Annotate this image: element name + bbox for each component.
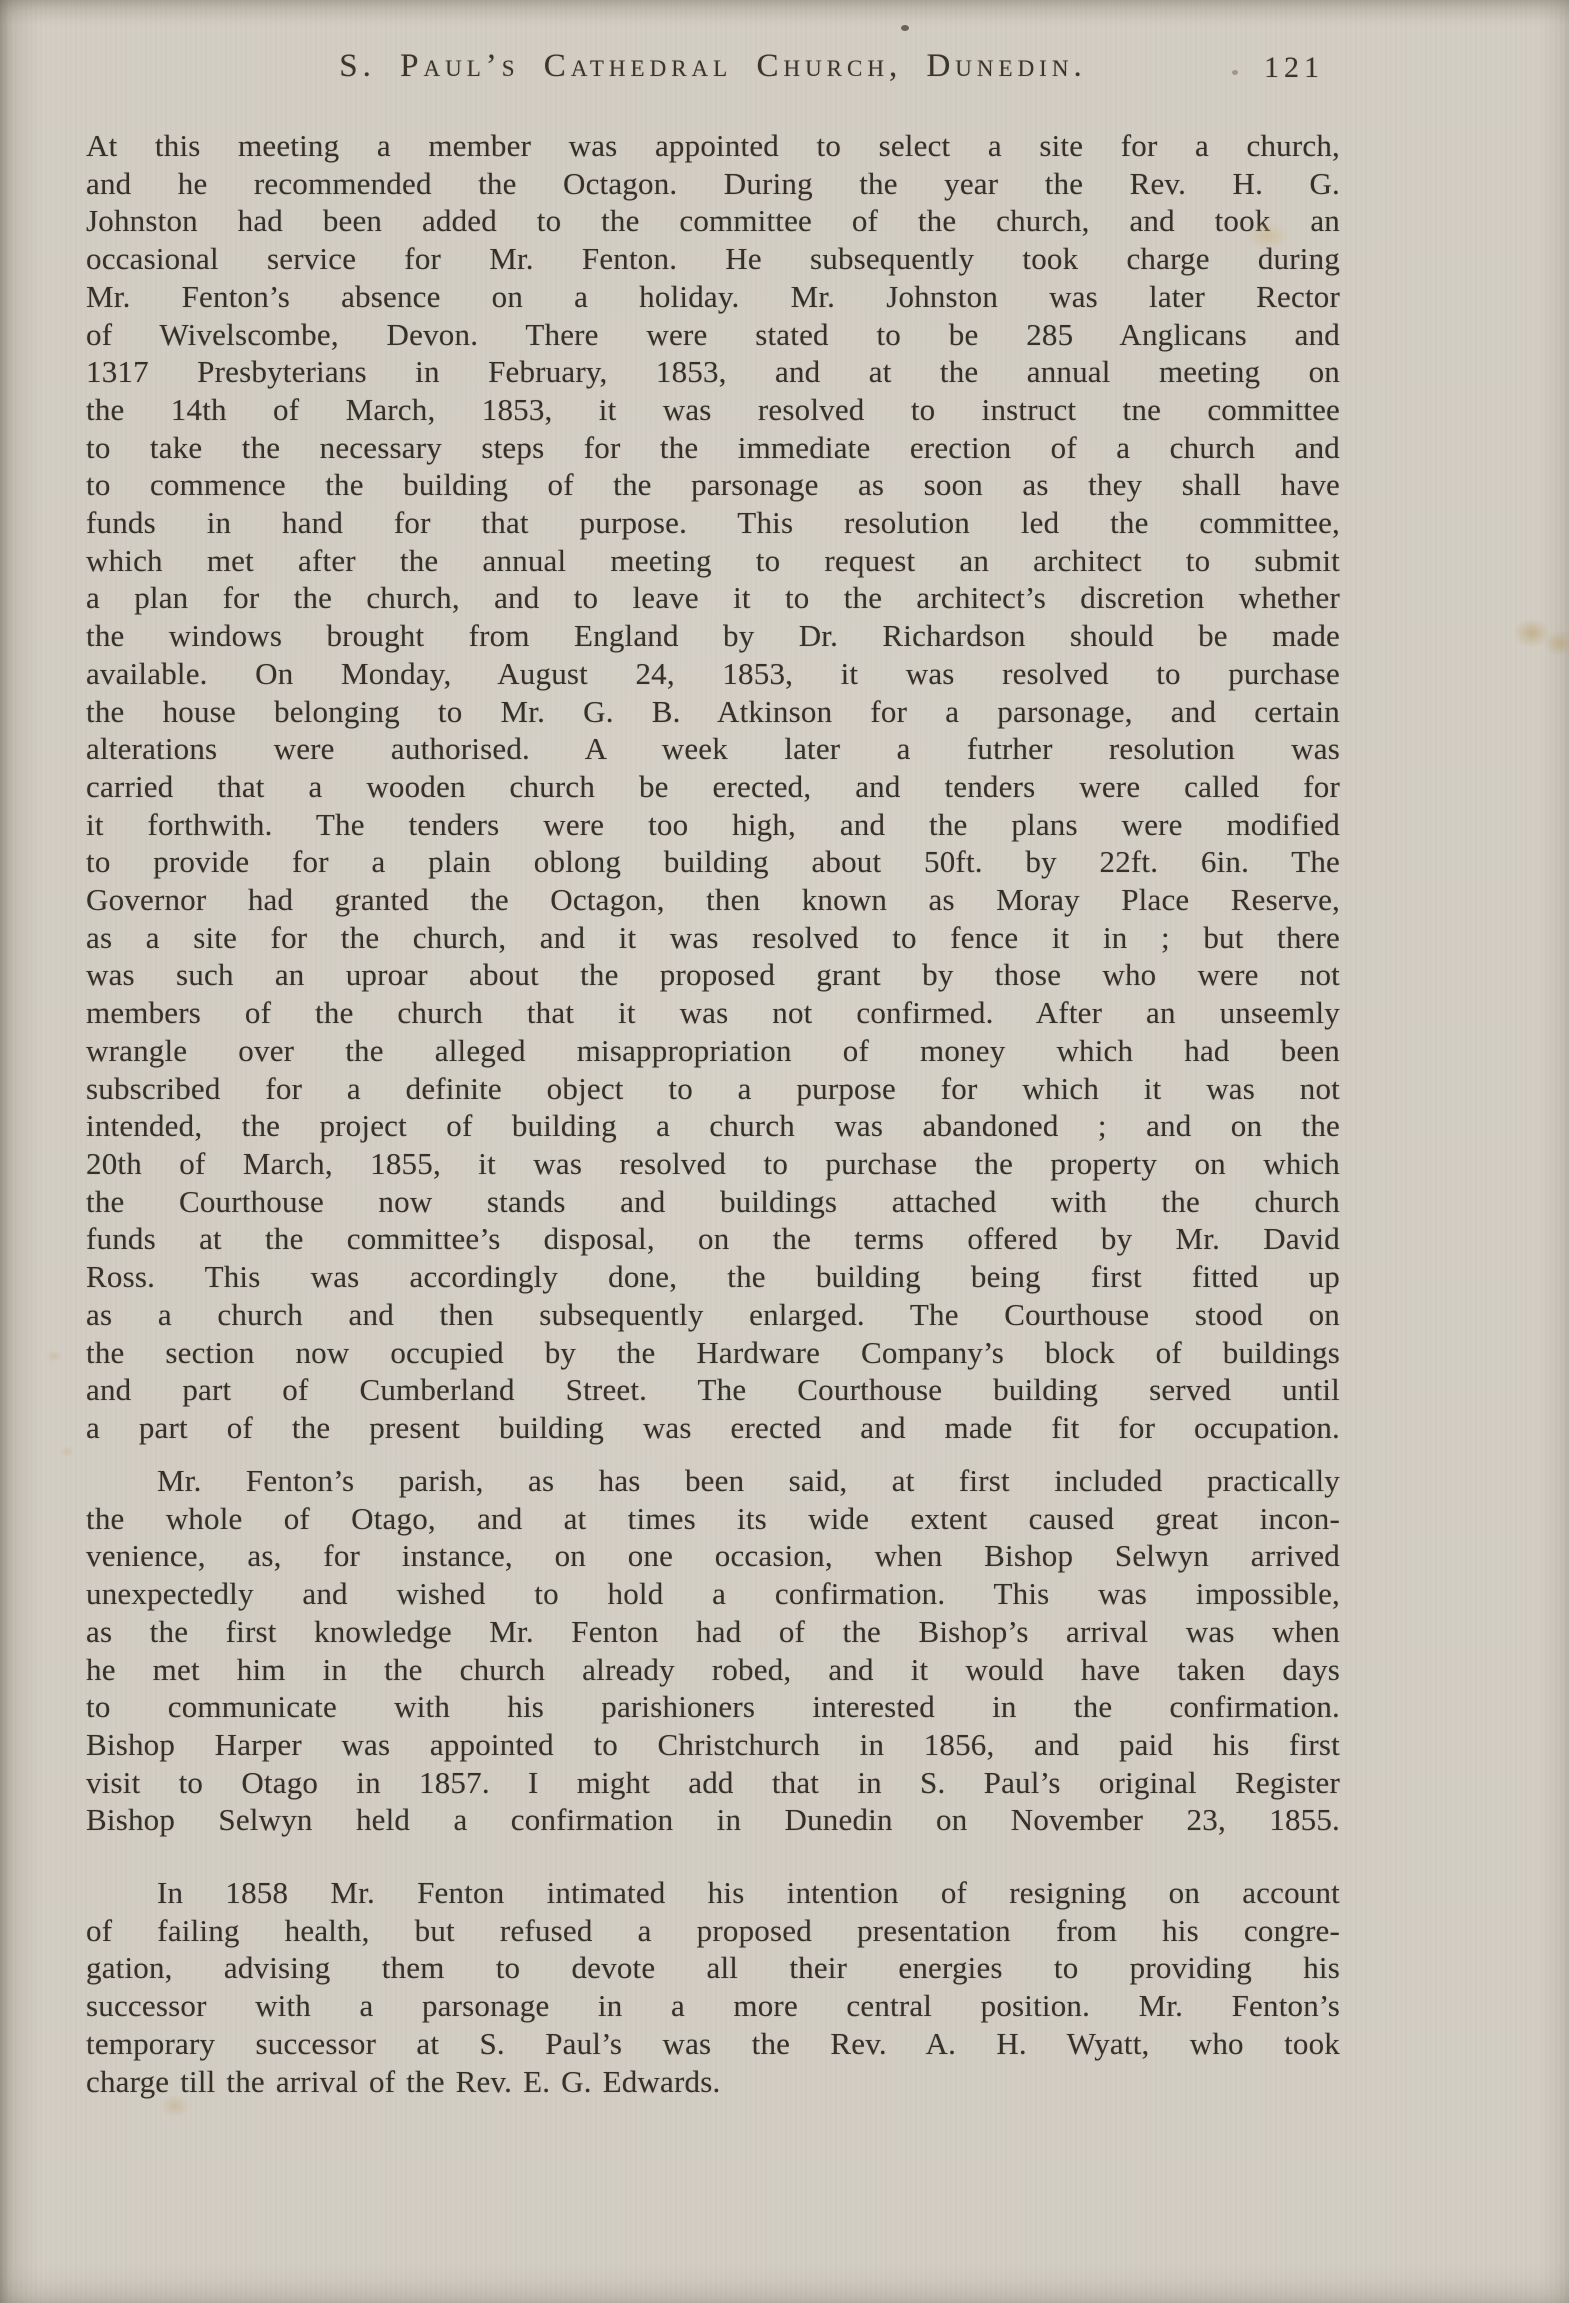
text-line: a part of the present building was erect…	[86, 1409, 1340, 1447]
paragraph: Mr. Fenton’s parish, as has been said, a…	[86, 1462, 1340, 1839]
text-line: temporary successor at S. Paul’s was the…	[86, 2025, 1340, 2063]
running-title: S. Paul’s Cathedral Church, Dunedin.	[86, 46, 1340, 86]
text-line: In 1858 Mr. Fenton intimated his intenti…	[86, 1874, 1340, 1912]
text-line: venience, as, for instance, on one occas…	[86, 1537, 1340, 1575]
text-line: gation, advising them to devote all thei…	[86, 1949, 1340, 1987]
text-line: a plan for the church, and to leave it t…	[86, 579, 1340, 617]
text-line: and he recommended the Octagon. During t…	[86, 165, 1340, 203]
text-line: Bishop Selwyn held a confirmation in Dun…	[86, 1801, 1340, 1839]
text-line: wrangle over the alleged misappropriatio…	[86, 1032, 1340, 1070]
text-line: to communicate with his parishioners int…	[86, 1688, 1340, 1726]
text-line: available. On Monday, August 24, 1853, i…	[86, 655, 1340, 693]
text-line: to take the necessary steps for the imme…	[86, 429, 1340, 467]
book-page: S. Paul’s Cathedral Church, Dunedin. 121…	[0, 0, 1569, 2303]
ink-speck	[1232, 70, 1238, 75]
text-line: to commence the building of the parsonag…	[86, 466, 1340, 504]
text-line: the 14th of March, 1853, it was resolved…	[86, 391, 1340, 429]
text-line: Ross. This was accordingly done, the bui…	[86, 1258, 1340, 1296]
text-line: he met him in the church already robed, …	[86, 1651, 1340, 1689]
text-line: successor with a parsonage in a more cen…	[86, 1987, 1340, 2025]
ink-speck	[901, 25, 909, 31]
text-line: funds in hand for that purpose. This res…	[86, 504, 1340, 542]
text-line: was such an uproar about the proposed gr…	[86, 956, 1340, 994]
text-line: Bishop Harper was appointed to Christchu…	[86, 1726, 1340, 1764]
text-line: which met after the annual meeting to re…	[86, 542, 1340, 580]
text-line: At this meeting a member was appointed t…	[86, 127, 1340, 165]
text-line: 20th of March, 1855, it was resolved to …	[86, 1145, 1340, 1183]
page-header: S. Paul’s Cathedral Church, Dunedin. 121	[86, 46, 1340, 92]
text-line: 1317 Presbyterians in February, 1853, an…	[86, 353, 1340, 391]
paragraph: At this meeting a member was appointed t…	[86, 127, 1340, 1447]
text-line: the Courthouse now stands and buildings …	[86, 1183, 1340, 1221]
paper-stain	[46, 1350, 62, 1362]
text-line: visit to Otago in 1857. I might add that…	[86, 1764, 1340, 1802]
text-line: Mr. Fenton’s absence on a holiday. Mr. J…	[86, 278, 1340, 316]
text-line: the house belonging to Mr. G. B. Atkinso…	[86, 693, 1340, 731]
text-line: unexpectedly and wished to hold a confir…	[86, 1575, 1340, 1613]
paper-stain	[1543, 630, 1569, 656]
text-line: of failing health, but refused a propose…	[86, 1912, 1340, 1950]
text-line: as a church and then subsequently enlarg…	[86, 1296, 1340, 1334]
text-line: the section now occupied by the Hardware…	[86, 1334, 1340, 1372]
paper-stain	[60, 1446, 74, 1457]
text-line: occasional service for Mr. Fenton. He su…	[86, 240, 1340, 278]
text-line: subscribed for a definite object to a pu…	[86, 1070, 1340, 1108]
text-line: the windows brought from England by Dr. …	[86, 617, 1340, 655]
text-line: intended, the project of building a chur…	[86, 1107, 1340, 1145]
text-line: the whole of Otago, and at times its wid…	[86, 1500, 1340, 1538]
text-line: and part of Cumberland Street. The Court…	[86, 1371, 1340, 1409]
text-line: carried that a wooden church be erected,…	[86, 768, 1340, 806]
text-line: Governor had granted the Octagon, then k…	[86, 881, 1340, 919]
text-line: as the first knowledge Mr. Fenton had of…	[86, 1613, 1340, 1651]
text-line: members of the church that it was not co…	[86, 994, 1340, 1032]
text-line: it forthwith. The tenders were too high,…	[86, 806, 1340, 844]
text-line: as a site for the church, and it was res…	[86, 919, 1340, 957]
text-line: funds at the committee’s disposal, on th…	[86, 1220, 1340, 1258]
paragraph: In 1858 Mr. Fenton intimated his intenti…	[86, 1874, 1340, 2100]
text-line: charge till the arrival of the Rev. E. G…	[86, 2063, 1340, 2101]
page-number: 121	[1264, 48, 1324, 88]
text-line: Johnston had been added to the committee…	[86, 202, 1340, 240]
text-line: alterations were authorised. A week late…	[86, 730, 1340, 768]
text-line: of Wivelscombe, Devon. There were stated…	[86, 316, 1340, 354]
paper-stain	[160, 2094, 190, 2118]
text-line: to provide for a plain oblong building a…	[86, 843, 1340, 881]
paper-stain	[1246, 222, 1290, 250]
text-line: Mr. Fenton’s parish, as has been said, a…	[86, 1462, 1340, 1500]
